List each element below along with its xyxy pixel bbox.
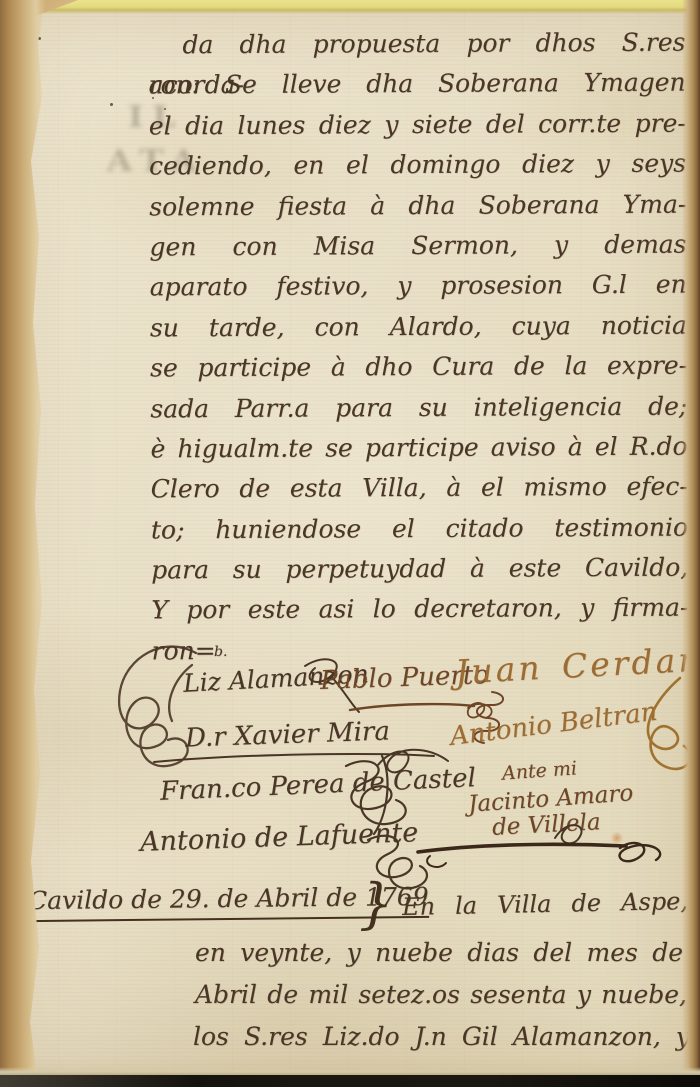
manuscript-line: el dia lunes diez y siete del corr.te pr… xyxy=(149,103,686,146)
manuscript-line: Clero de esta Villa, à el mismo efec- xyxy=(151,467,688,510)
closing-line: Abril de mil setez.os sesenta y nuebe, xyxy=(195,980,687,1009)
manuscript-line: to; huniendose el citado testimonio xyxy=(151,507,688,550)
scan-background-strip xyxy=(0,1075,700,1087)
manuscript-line: aparato festivo, y prosesion G.l en xyxy=(150,265,687,308)
manuscript-line: da dha propuesta por dhos S.res acorda- xyxy=(148,23,685,66)
closing-line: los S.res Liz.do J.n Gil Alamanzon, y xyxy=(193,1022,690,1051)
manuscript-line: solemne fiesta à dha Soberana Yma- xyxy=(149,184,686,227)
manuscript-text-block: da dha propuesta por dhos S.res acorda- … xyxy=(148,23,688,672)
manuscript-line: ron: Se lleve dha Soberana Ymagen xyxy=(149,63,686,106)
page-top-edge xyxy=(0,0,700,14)
manuscript-line: è higualm.te se participe aviso à el R.d… xyxy=(150,426,687,469)
closing-line: en veynte, y nuebe dias del mes de xyxy=(195,938,683,967)
manuscript-line: sada Parr.a para su inteligencia de; xyxy=(150,386,687,429)
signature-superscript: b. xyxy=(214,644,227,660)
manuscript-line: cediendo, en el domingo diez y seys xyxy=(149,144,686,187)
manuscript-line: se participe à dho Cura de la expre- xyxy=(150,346,687,389)
closing-bracket: } xyxy=(359,872,393,935)
manuscript-line: Y por este asi lo decretaron, y firma- xyxy=(151,588,688,631)
page-right-edge xyxy=(682,0,700,1076)
manuscript-line: su tarde, con Alardo, cuya noticia xyxy=(150,305,687,348)
notary-underline-rubric xyxy=(412,832,672,872)
manuscript-scan: IL ATA da dha propuesta por dhos S.res a… xyxy=(0,0,700,1087)
ink-speck xyxy=(110,103,113,106)
margin-rubric-flourish xyxy=(100,635,222,795)
manuscript-line: gen con Misa Sermon, y demas xyxy=(149,225,686,268)
closing-line: En la Villa de Aspe, xyxy=(402,887,689,921)
manuscript-line: para su perpetuydad à este Cavildo, xyxy=(151,548,688,591)
